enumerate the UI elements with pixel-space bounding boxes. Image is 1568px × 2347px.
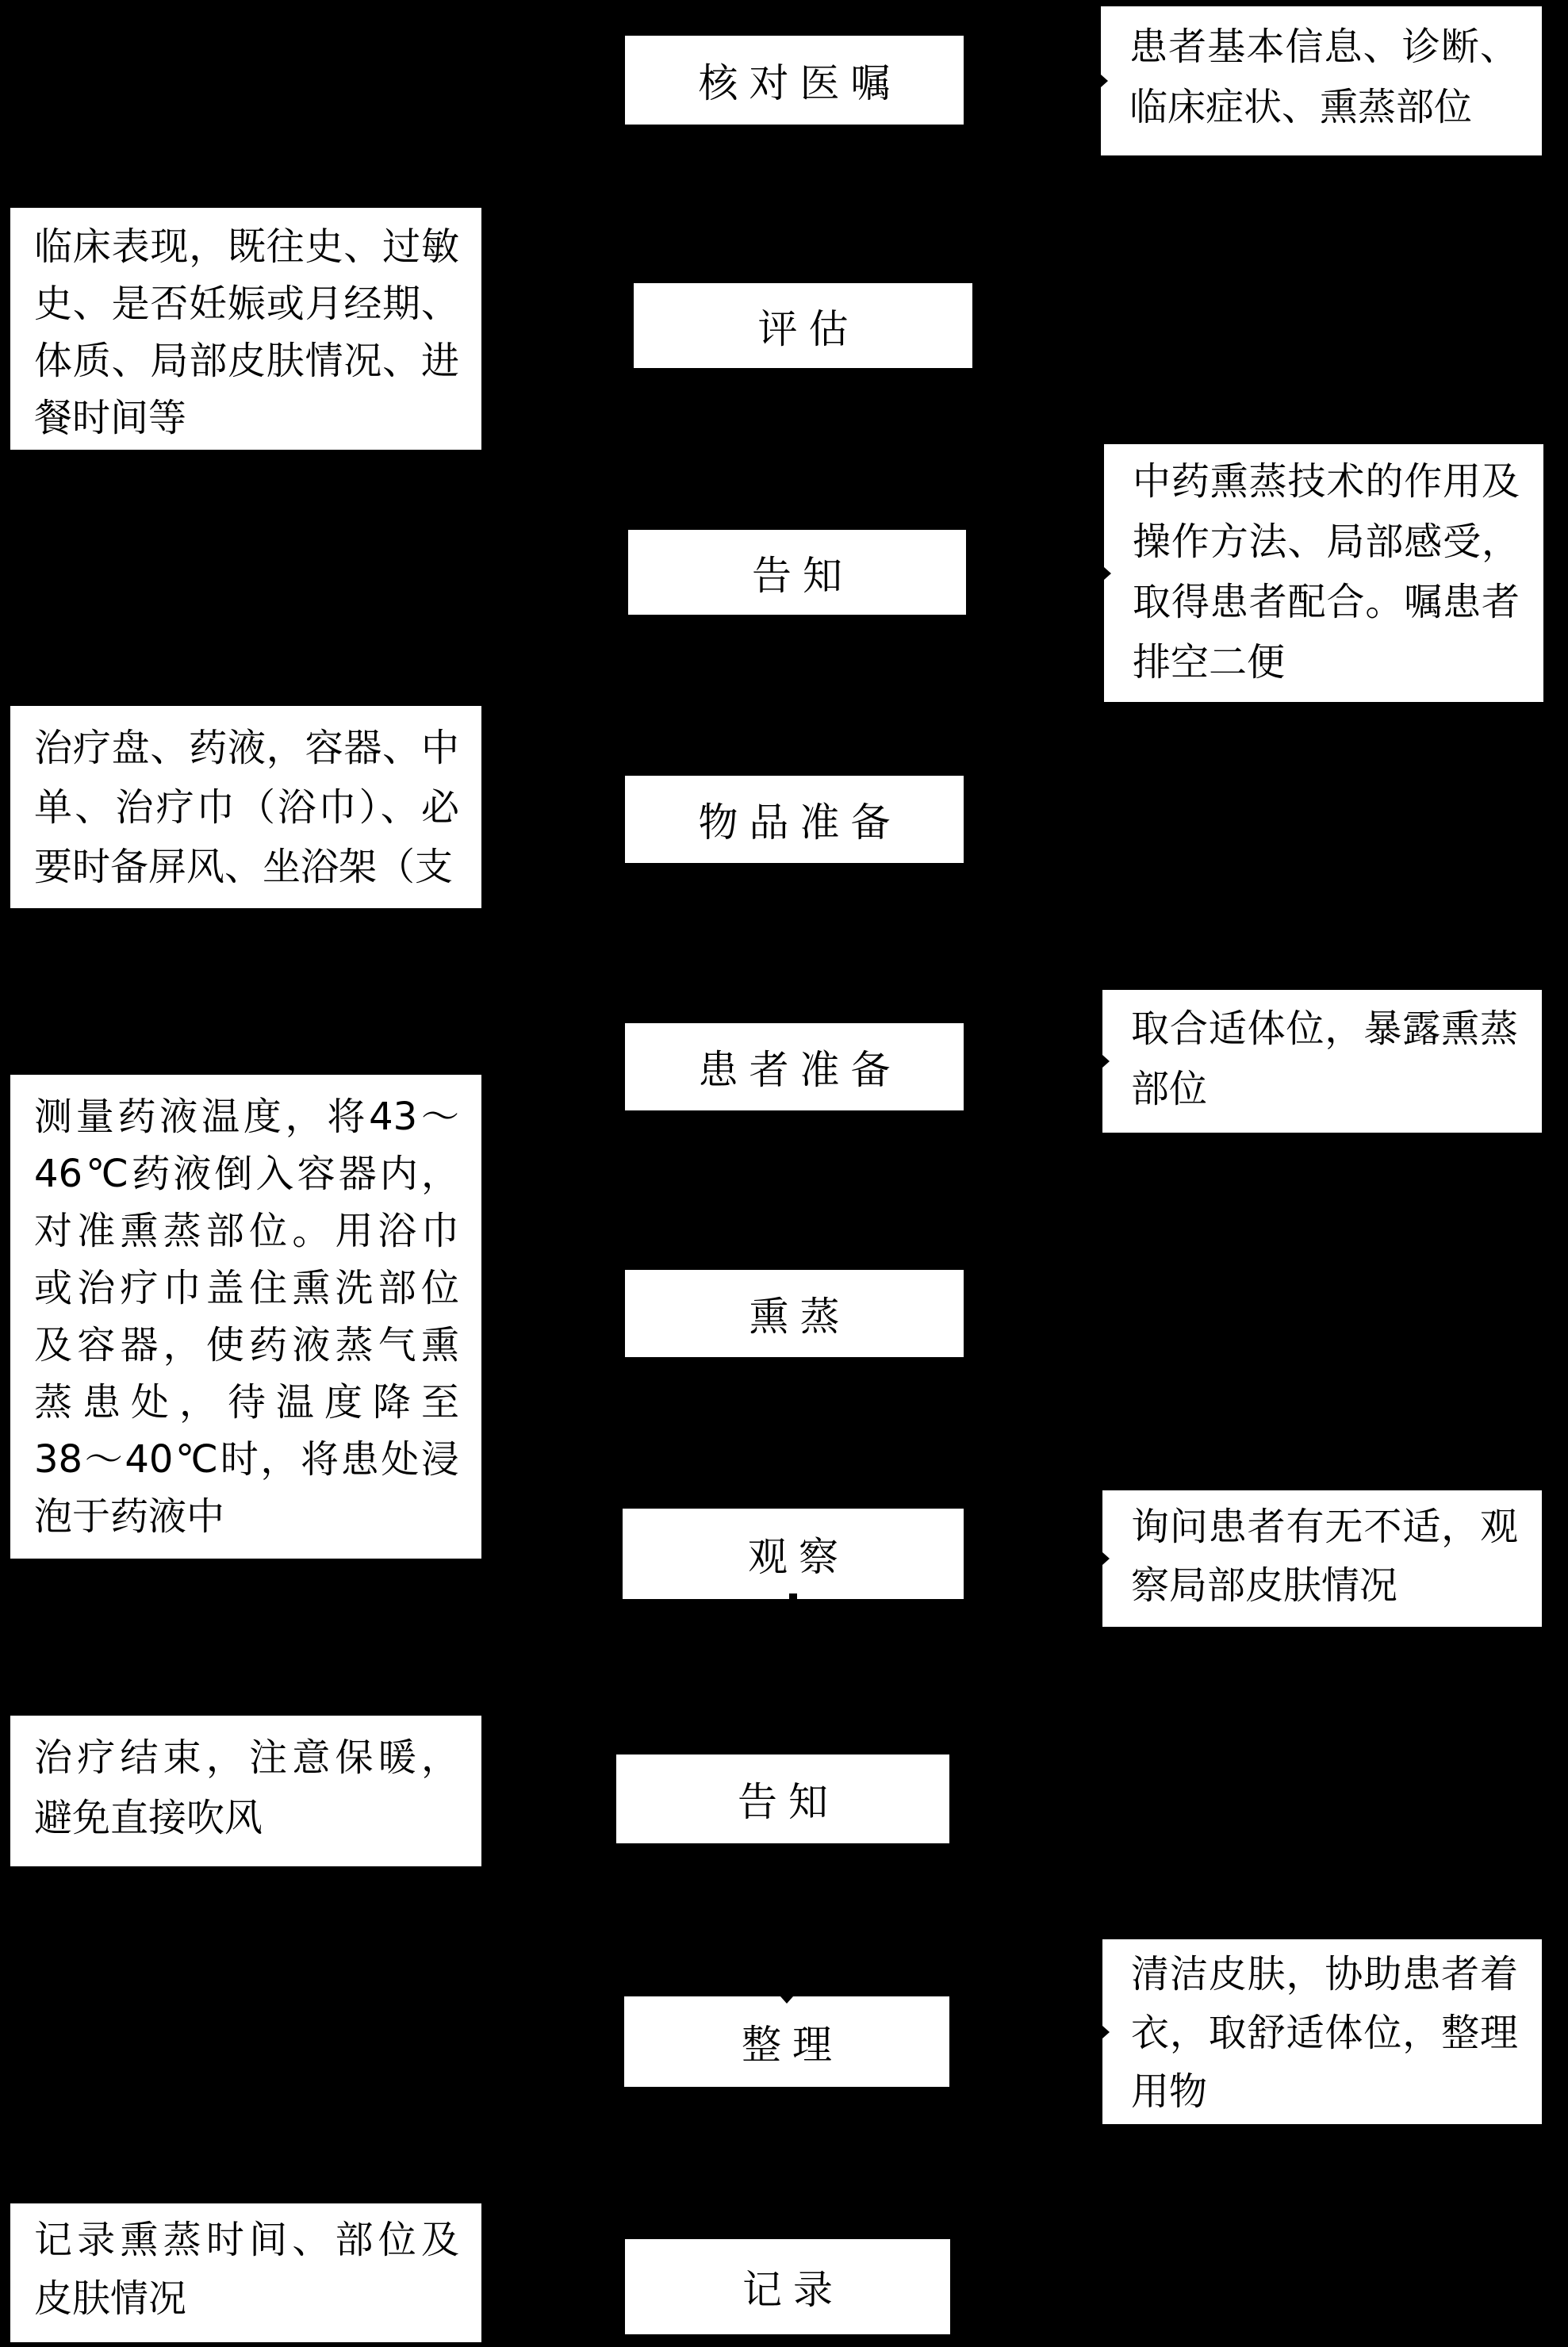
arrowhead-right-icon <box>1102 2026 1110 2038</box>
text-line: 单、治疗巾（浴巾）、必 <box>34 778 459 838</box>
text-line: 清洁皮肤，协助患者着 <box>1131 1946 1518 2004</box>
text-line: 史、是否妊娠或月经期、 <box>34 276 459 333</box>
note-order-check-items: 患者基本信息、诊断、临床症状、熏蒸部位 <box>1101 6 1542 155</box>
arrowhead-right-icon <box>1102 1552 1110 1565</box>
text-line: 治疗结束，注意保暖， <box>34 1728 459 1789</box>
note-assessment-items: 临床表现，既往史、过敏史、是否妊娠或月经期、体质、局部皮肤情况、进餐时间等 <box>10 208 481 450</box>
text-line: 取得患者配合。嘱患者 <box>1133 573 1520 633</box>
text-line: 用物 <box>1131 2063 1518 2122</box>
note-fumigation-method: 测量药液温度，将43～46℃药液倒入容器内，对准熏蒸部位。用浴巾或治疗巾盖住熏洗… <box>10 1075 481 1559</box>
text-line: 衣，取舒适体位，整理 <box>1131 2004 1518 2063</box>
step-box-verify-orders: 核对医嘱 <box>625 36 964 125</box>
arrowhead-right-icon <box>1104 567 1111 580</box>
text-line: 体质、局部皮肤情况、进 <box>34 333 459 390</box>
text-line: 治疗盘、药液，容器、中 <box>34 719 459 778</box>
text-line: 中药熏蒸技术的作用及 <box>1133 452 1520 512</box>
text-line: 察局部皮肤情况 <box>1131 1557 1518 1616</box>
step-box-inform: 告知 <box>628 530 966 615</box>
text-line: 记录熏蒸时间、部位及 <box>34 2211 459 2270</box>
text-line: 避免直接吹风 <box>34 1789 459 1849</box>
text-line: 蒸患处，待温度降至 <box>34 1375 459 1432</box>
note-patient-position: 取合适体位，暴露熏蒸部位 <box>1102 990 1542 1133</box>
step-box-inform-2: 告知 <box>616 1754 949 1843</box>
step-box-tidy-up: 整理 <box>624 1996 949 2087</box>
note-text: 询问患者有无不适，观察局部皮肤情况 <box>1131 1498 1518 1616</box>
text-line: 餐时间等 <box>34 390 459 447</box>
step-box-observe: 观察 <box>623 1509 964 1599</box>
arrowhead-right-icon <box>1102 1055 1110 1068</box>
note-observation-items: 询问患者有无不适，观察局部皮肤情况 <box>1102 1490 1542 1627</box>
step-box-fumigation: 熏蒸 <box>625 1270 964 1357</box>
step-box-supplies-prep: 物品准备 <box>625 776 964 863</box>
note-text: 患者基本信息、诊断、临床症状、熏蒸部位 <box>1129 17 1518 138</box>
text-line: 及容器，使药液蒸气熏 <box>34 1317 459 1375</box>
text-line: 取合适体位，暴露熏蒸 <box>1131 999 1518 1060</box>
step-box-patient-prep: 患者准备 <box>625 1023 964 1110</box>
text-line: 临床症状、熏蒸部位 <box>1129 78 1518 138</box>
text-line: 或治疗巾盖住熏洗部位 <box>34 1260 459 1317</box>
text-line: 皮肤情况 <box>34 2270 459 2329</box>
text-line: 临床表现，既往史、过敏 <box>34 219 459 276</box>
note-record-items: 记录熏蒸时间、部位及皮肤情况 <box>10 2203 481 2342</box>
note-tidy-up-content: 清洁皮肤，协助患者着衣，取舒适体位，整理用物 <box>1102 1939 1542 2124</box>
step-label: 整理 <box>742 2013 843 2070</box>
connector-line-nub <box>789 1593 797 1599</box>
note-text: 取合适体位，暴露熏蒸部位 <box>1131 999 1518 1120</box>
text-line: 排空二便 <box>1133 633 1520 693</box>
text-line: 操作方法、局部感受， <box>1133 512 1520 573</box>
text-line: 患者基本信息、诊断、 <box>1129 17 1518 78</box>
text-line: 泡于药液中 <box>34 1489 459 1546</box>
text-line: 46℃药液倒入容器内， <box>34 1146 459 1203</box>
note-inform-content: 中药熏蒸技术的作用及操作方法、局部感受，取得患者配合。嘱患者排空二便 <box>1104 444 1543 702</box>
arrowhead-down-icon <box>780 1996 793 2004</box>
fumigation-procedure-flowchart: { "colors": { "background": "#000000", "… <box>0 0 1568 2347</box>
step-box-record: 记录 <box>625 2239 950 2334</box>
text-line: 部位 <box>1131 1060 1518 1120</box>
note-after-treatment: 治疗结束，注意保暖，避免直接吹风 <box>10 1716 481 1866</box>
step-box-assess: 评估 <box>634 283 972 368</box>
text-line: 测量药液温度，将43～ <box>34 1089 459 1146</box>
step-label: 观察 <box>748 1525 849 1582</box>
text-line: 询问患者有无不适，观 <box>1131 1498 1518 1557</box>
note-supplies-list: 治疗盘、药液，容器、中单、治疗巾（浴巾）、必要时备屏风、坐浴架（支 <box>10 706 481 908</box>
text-line: 对准熏蒸部位。用浴巾 <box>34 1203 459 1260</box>
text-line: 要时备屏风、坐浴架（支 <box>34 838 459 897</box>
note-text: 清洁皮肤，协助患者着衣，取舒适体位，整理用物 <box>1131 1946 1518 2122</box>
note-text: 中药熏蒸技术的作用及操作方法、局部感受，取得患者配合。嘱患者排空二便 <box>1133 452 1520 693</box>
arrowhead-right-icon <box>1101 75 1108 87</box>
text-line: 38～40℃时，将患处浸 <box>34 1432 459 1489</box>
